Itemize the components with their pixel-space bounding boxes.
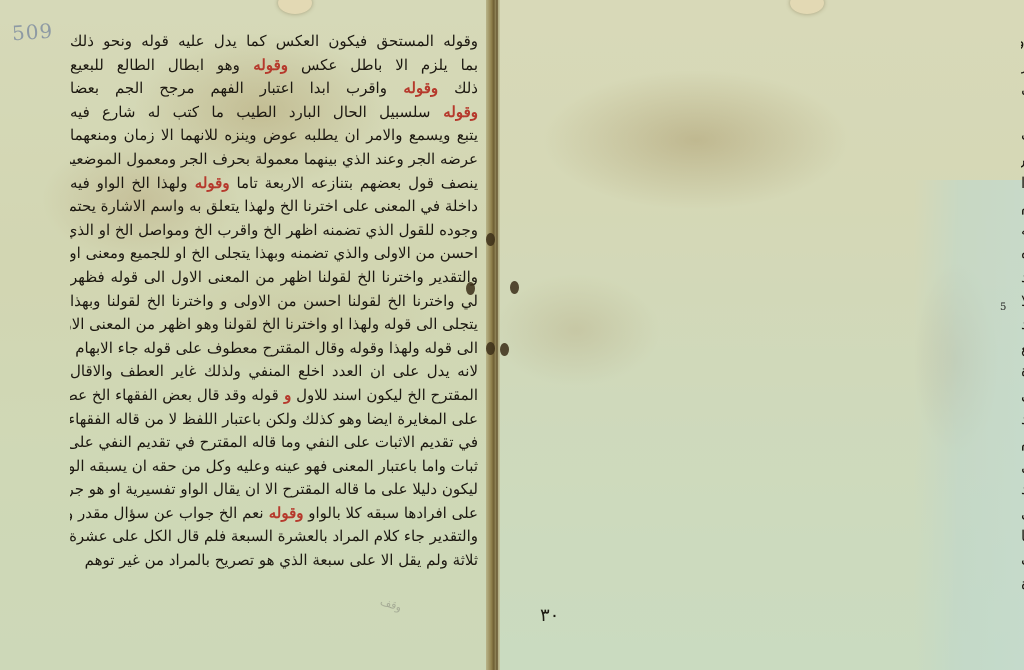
text-segment: لانه يدل على ان العدد اخلع المنفي ولذلك … xyxy=(70,362,478,380)
text-line: الى قوله ولهذا وقوله وقال المقترح معطوف … xyxy=(70,337,478,361)
text-segment: في تقديم الاثبات على النفي وما قاله المق… xyxy=(70,433,478,451)
text-segment: واقرب ابدا اعتبار الفهم مرجح الجم بعضا xyxy=(70,79,387,97)
text-line: والتقدير جاء كلام المراد بالعشرة السبعة … xyxy=(70,525,478,549)
text-segment: نعم الخ جواب عن سؤال مقدر واله xyxy=(70,504,264,522)
text-segment: المقترح الخ ليكون اسند للاول xyxy=(291,386,478,404)
sewing-hole xyxy=(486,342,495,355)
text-segment: وهو ابطال الطالع للبعيع xyxy=(70,56,240,74)
text-line: ثبات واما باعتبار المعنى فهو عينه وعليه … xyxy=(70,455,478,479)
text-line: لانه يدل على ان العدد اخلع المنفي ولذلك … xyxy=(70,360,478,384)
text-segment: لي واخترنا الخ لقولنا احسن من الاولى و و… xyxy=(70,292,478,310)
text-segment: يتجلى الى قوله ولهذا او واخترنا الخ لقول… xyxy=(70,315,478,333)
text-segment: يتبع ويسمع والامر ان يطلبه عوض وينزه للا… xyxy=(70,126,478,144)
text-segment: ينصف قول بعضهم بتنازعه الاربعة تاما xyxy=(230,174,478,192)
text-segment: والتقدير واخترنا الخ لقولنا اظهر من المع… xyxy=(70,268,478,286)
text-segment: وقوله المستحق فيكون العكس كما يدل عليه ق… xyxy=(132,32,478,50)
left-page-text: وقوله المستحق فيكون العكس كما يدل عليه ق… xyxy=(70,30,478,573)
text-line: على المغايرة ايضا وهو كذلك ولكن باعتبار … xyxy=(70,408,478,432)
text-segment: ذلك xyxy=(438,79,478,97)
text-line: يتجلى الى قوله ولهذا او واخترنا الخ لقول… xyxy=(70,313,478,337)
sewing-hole xyxy=(466,282,475,295)
text-line: في تقديم الاثبات على النفي وما قاله المق… xyxy=(70,431,478,455)
text-segment: والتقدير جاء كلام المراد بالعشرة السبعة … xyxy=(70,527,478,545)
rubric-word: و xyxy=(279,386,291,404)
text-segment: ليكون دليلا على ما قاله المقترح الا ان ي… xyxy=(70,480,478,498)
left-page: 509 وقف وقوله المستحق فيكون العكس كما يد… xyxy=(0,0,492,670)
text-line: وقوله سلسبيل الحال البارد الطيب ما كتب ل… xyxy=(70,101,478,125)
rubric-word: وقوله xyxy=(187,174,229,192)
text-segment: داخلة في المعنى على اخترنا الخ ولهذا يتع… xyxy=(70,197,478,215)
sewing-hole xyxy=(510,281,519,294)
text-segment: وجوده للقول الذي تضمنه اظهر الخ واقرب ال… xyxy=(70,221,478,239)
text-line: عرضه الجر وعند الذي بينهما معمولة بحرف ا… xyxy=(70,148,478,172)
text-line: بما يلزم الا باطل عكس وقوله وهو ابطال ال… xyxy=(70,54,478,78)
rubric-word: وقوله xyxy=(264,504,304,522)
text-segment: على المغايرة ايضا وهو كذلك ولكن باعتبار … xyxy=(70,410,478,428)
text-line: والتقدير واخترنا الخ لقولنا اظهر من المع… xyxy=(70,266,478,290)
edge-mark: 5 xyxy=(1000,302,1006,313)
text-line: لي واخترنا الخ لقولنا احسن من الاولى و و… xyxy=(70,290,478,314)
text-segment: سلسبيل الحال البارد الطيب ما كتب له شارع… xyxy=(70,103,430,121)
right-page: قال الله فيما قدمه في فصل الاعجاز من قول… xyxy=(496,0,1024,670)
text-segment: ونحو ذلك xyxy=(70,32,132,50)
text-segment: ثلاثة ولم يقل الا على سبعة الذي هو تصريح… xyxy=(85,551,478,569)
text-line: ذلك وقوله واقرب ابدا اعتبار الفهم مرجح ا… xyxy=(70,77,478,101)
text-line: المقترح الخ ليكون اسند للاول و قوله وقد … xyxy=(70,384,478,408)
text-segment: عرضه الجر وعند الذي بينهما معمولة بحرف ا… xyxy=(70,150,478,168)
text-line: يتبع ويسمع والامر ان يطلبه عوض وينزه للا… xyxy=(70,124,478,148)
text-line: ينصف قول بعضهم بتنازعه الاربعة تاما وقول… xyxy=(70,172,478,196)
text-segment: الى قوله ولهذا وقوله وقال المقترح معطوف … xyxy=(70,339,478,357)
text-line: وجوده للقول الذي تضمنه اظهر الخ واقرب ال… xyxy=(70,219,478,243)
text-line: احسن من الاولى والذي تضمنه وبهذا يتجلى ا… xyxy=(70,242,478,266)
text-line: وقوله المستحق فيكون العكس كما يدل عليه ق… xyxy=(70,30,478,54)
text-line: داخلة في المعنى على اخترنا الخ ولهذا يتع… xyxy=(70,195,478,219)
manuscript-spread: 509 وقف وقوله المستحق فيكون العكس كما يد… xyxy=(0,0,1024,670)
text-segment: قوله وقد قال بعض الفقهاء الخ عطفه بدل xyxy=(70,386,279,404)
rubric-word: وقوله xyxy=(430,103,478,121)
text-line: ليكون دليلا على ما قاله المقترح الا ان ي… xyxy=(70,478,478,502)
sewing-hole xyxy=(500,343,509,356)
rubric-word: وقوله xyxy=(387,79,438,97)
spine-fold xyxy=(496,0,498,670)
sewing-hole xyxy=(486,233,495,246)
text-segment: احسن من الاولى والذي تضمنه وبهذا يتجلى ا… xyxy=(70,244,478,262)
text-line: على افرادها سبقه كلا بالواو وقوله نعم ال… xyxy=(70,502,478,526)
folio-number-pencil: 509 xyxy=(11,19,54,46)
faint-stamp: وقف xyxy=(379,595,404,614)
text-segment: بما يلزم الا باطل عكس xyxy=(288,56,478,74)
text-segment: ثبات واما باعتبار المعنى فهو عينه وعليه … xyxy=(70,457,478,475)
catchword: ٣٠ xyxy=(540,605,559,626)
rubric-word: وقوله xyxy=(240,56,288,74)
text-line: ثلاثة ولم يقل الا على سبعة الذي هو تصريح… xyxy=(70,549,478,573)
text-segment: ولهذا الخ الواو فيه xyxy=(70,174,187,192)
text-segment: على افرادها سبقه كلا بالواو xyxy=(304,504,479,522)
page-edge-discoloration xyxy=(914,180,1024,670)
